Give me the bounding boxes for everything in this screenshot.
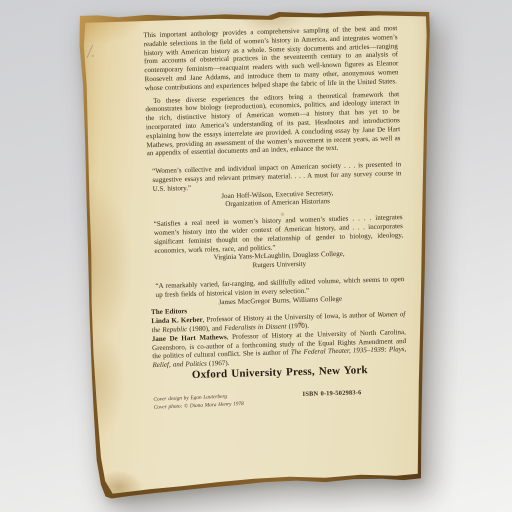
cover-credits: Cover design by Egon Lauterberg Cover ph… [153,392,244,412]
photo-background: This important anthology provides a comp… [0,0,512,512]
cover-text: This important anthology provides a comp… [143,24,408,411]
summary-paragraph-2: To these diverse experiences the editors… [145,90,401,159]
book-back-cover: This important anthology provides a comp… [76,6,432,502]
isbn-number: ISBN 0-19-502983-6 [303,389,362,399]
summary-paragraph-1: This important anthology provides a comp… [143,24,399,93]
review-quote-2: “Satisfies a real need in women’s histor… [154,213,404,273]
pencil-mark [87,45,101,61]
book: This important anthology provides a comp… [0,0,512,512]
review-quote-1: “Women’s collective and individual impac… [152,160,402,211]
cover-footer: Cover design by Egon Lauterberg Cover ph… [153,388,407,411]
book-worn-edges: This important anthology provides a comp… [76,6,432,502]
